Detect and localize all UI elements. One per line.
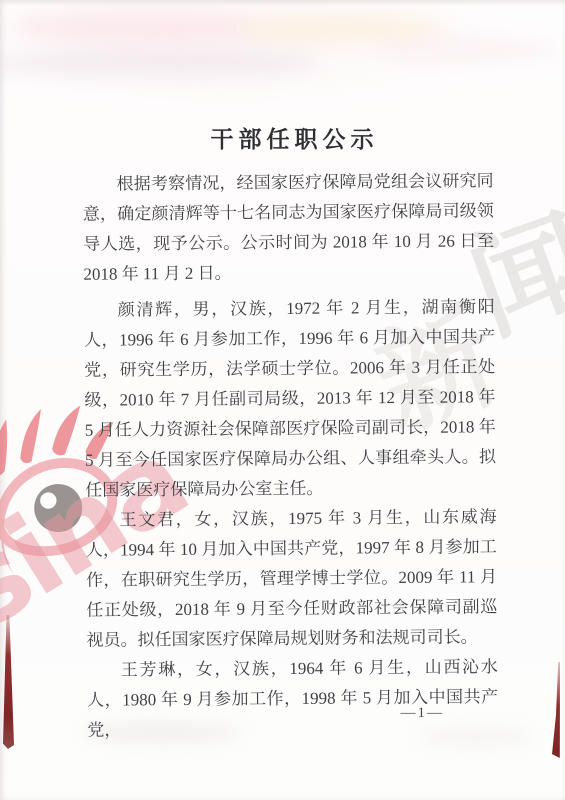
scan-artifact [0,50,320,76]
paragraph-wang-fanglin: 王芳琳，女，汉族，1964 年 6 月生，山西沁水人，1980 年 9 月参加工… [87,652,499,746]
red-stroke-fragment-right [552,662,562,758]
scan-artifact [235,16,445,42]
red-stroke-fragment-left [3,615,14,749]
scanned-document-page: sina 新 闻 干部任职公示 根据考察情况，经国家医疗保障局党组会议研究同意，… [0,0,565,800]
page-number: —1— [401,705,445,722]
paragraph-yan-qinghui: 颜清辉，男，汉族，1972 年 2 月生，湖南衡阳人，1996 年 6 月参加工… [84,292,497,506]
document-body: 根据考察情况，经国家医疗保障局党组会议研究同意，确定颜清辉等十七名同志为国家医疗… [82,166,498,746]
scan-artifact [12,12,252,42]
paragraph-intro: 根据考察情况，经国家医疗保障局党组会议研究同意，确定颜清辉等十七名同志为国家医疗… [82,166,494,290]
document-title: 干部任职公示 [12,121,565,154]
scan-artifact [375,38,560,62]
paragraph-wang-wenjun: 王文君，女，汉族，1975 年 3 月生，山东威海人，1994 年 10 月加入… [85,502,497,656]
